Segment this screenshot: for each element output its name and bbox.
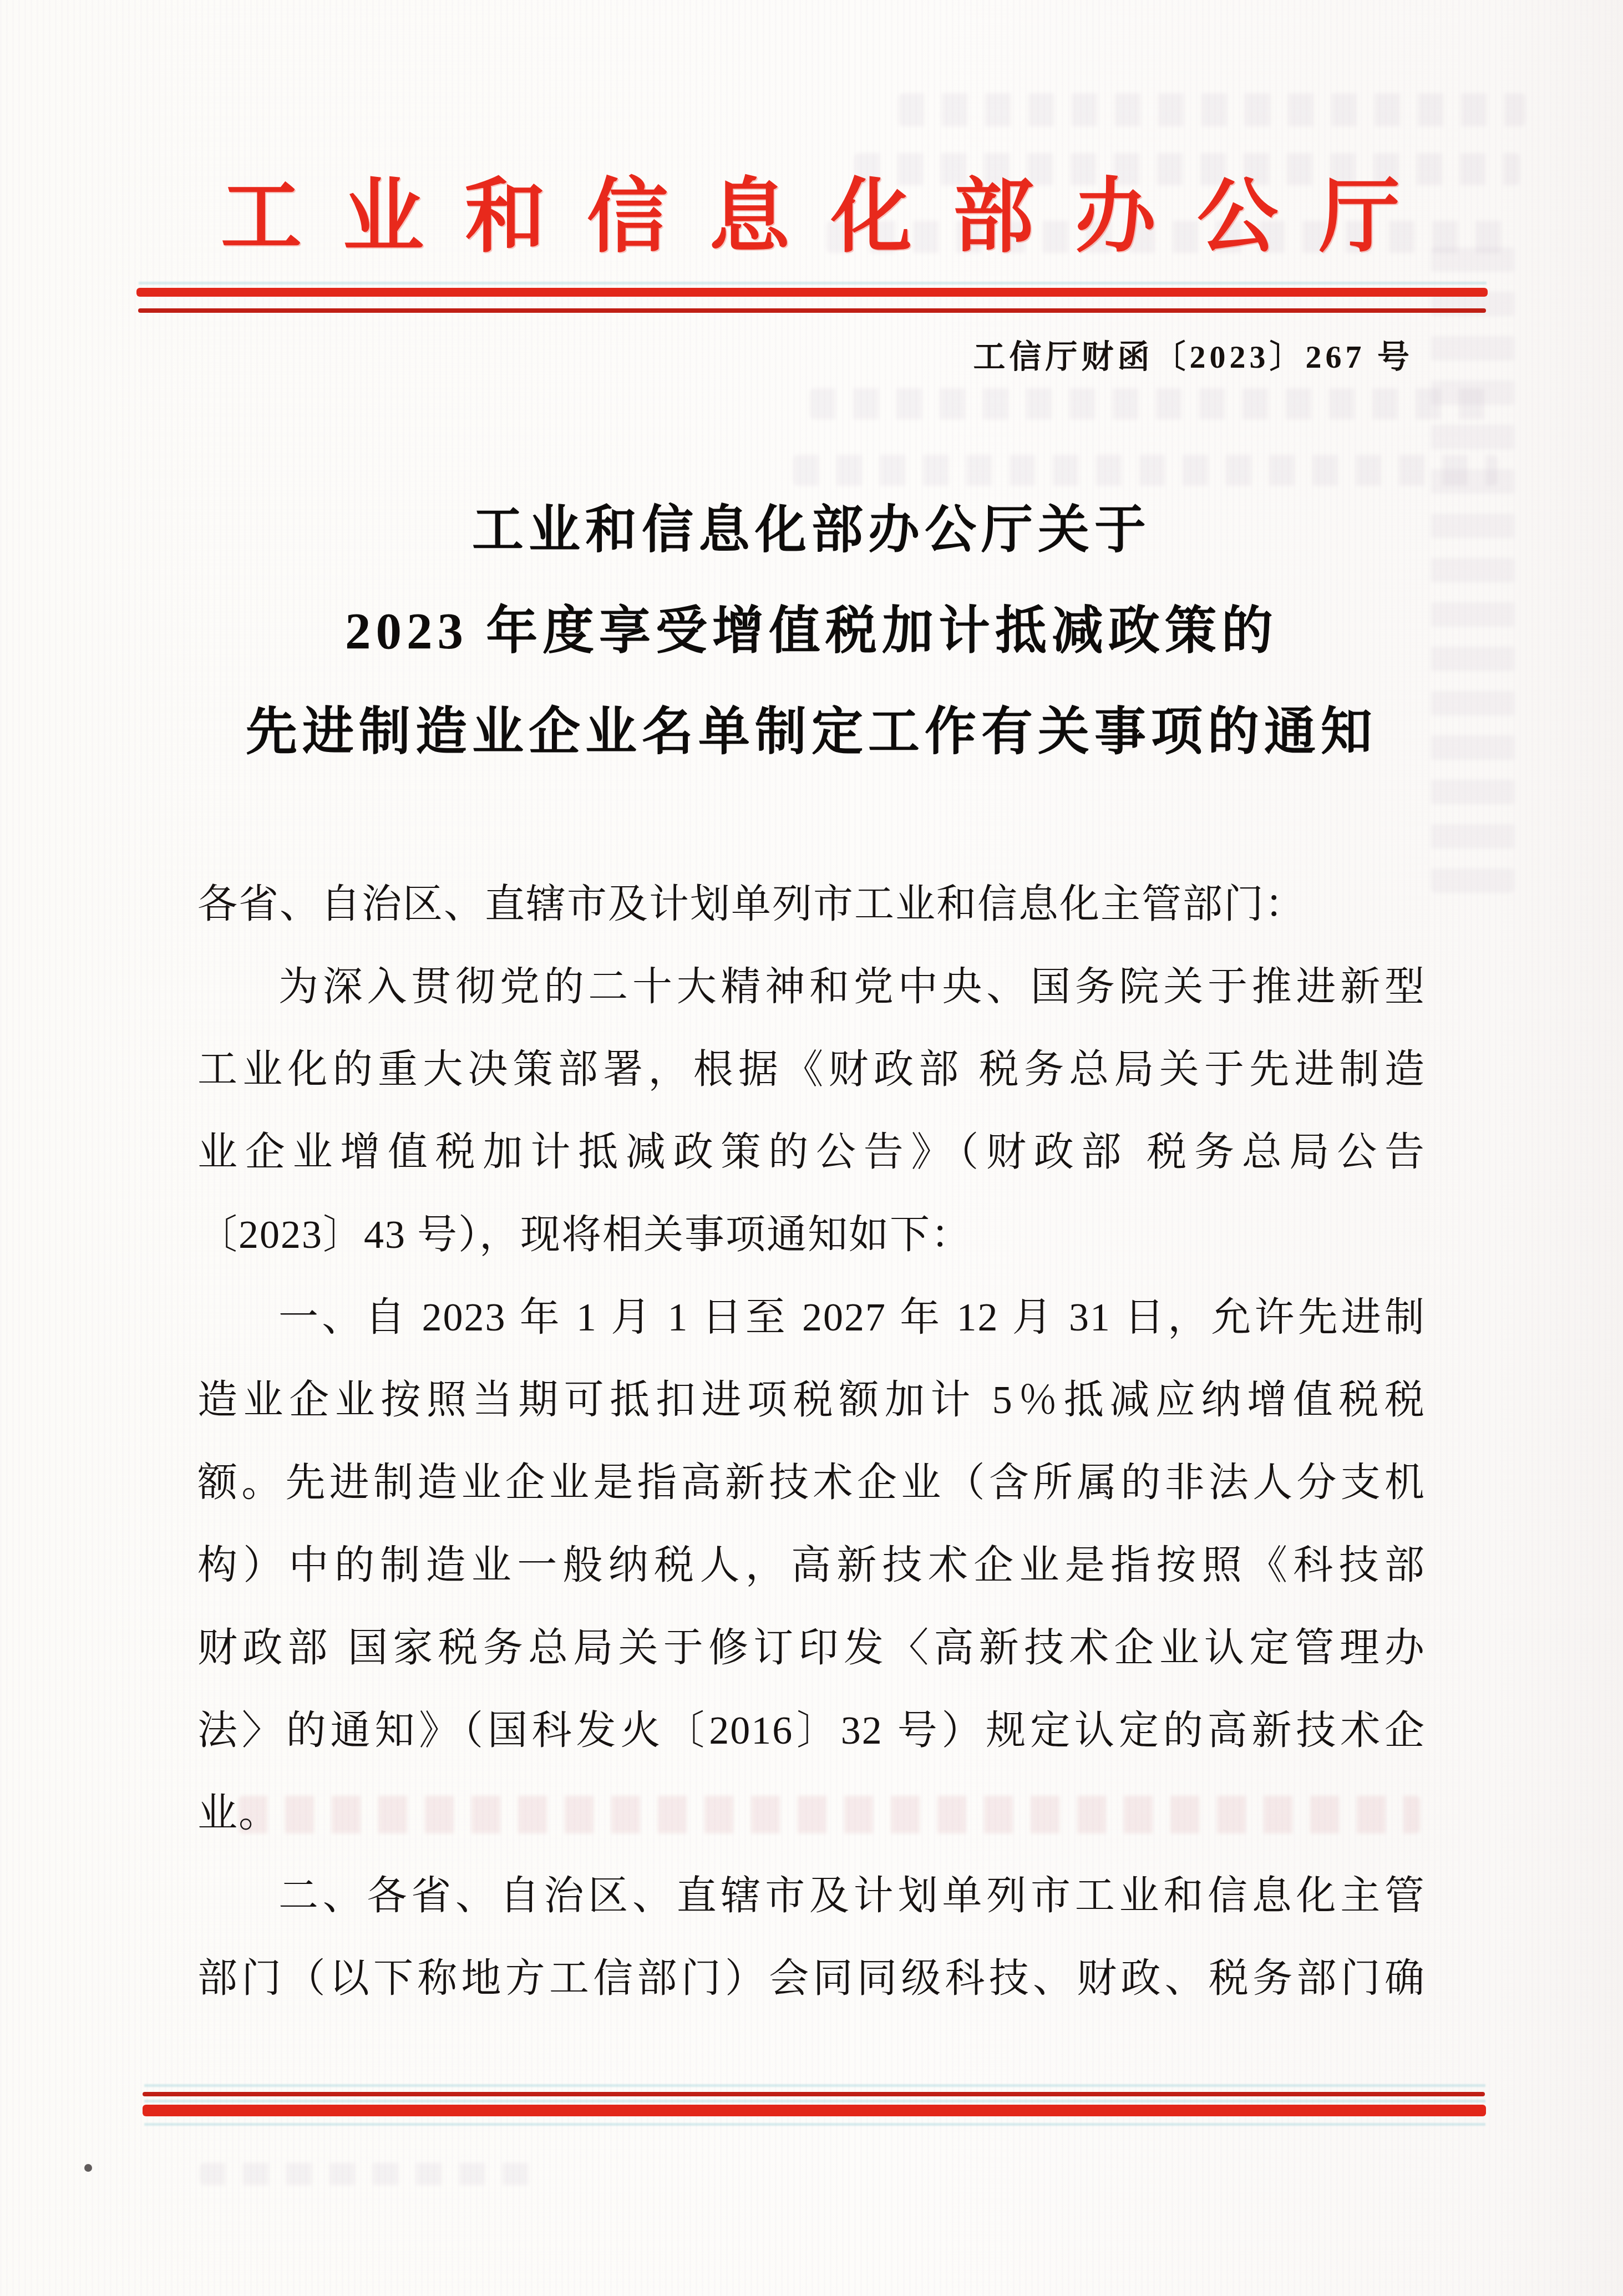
letterhead-char: 厅 <box>1319 176 1400 257</box>
body-line: 造业企业按照当期可抵扣进项税额加计 5％抵减应纳增值税税 <box>197 1359 1426 1441</box>
letterhead-agency-name: 工 业 和 信 息 化 部 办 公 厅 <box>221 176 1400 257</box>
footer-rule-thin <box>143 2092 1485 2096</box>
letterhead-char: 业 <box>343 176 424 257</box>
body-line: 工业化的重大决策部署，根据《财政部 税务总局关于先进制造 <box>197 1028 1426 1111</box>
bleed-through-artifact <box>810 388 1498 419</box>
body-line: 额。先进制造业企业是指高新技术企业（含所属的非法人分支机 <box>197 1441 1426 1524</box>
body-line: 业。 <box>197 1772 1426 1855</box>
letterhead-char: 息 <box>709 176 790 257</box>
letterhead-char: 信 <box>587 176 668 257</box>
title-line-1: 工业和信息化部办公厅关于 <box>0 480 1623 581</box>
body-line: 为深入贯彻党的二十大精神和党中央、国务院关于推进新型 <box>197 946 1426 1028</box>
header-rule-thin <box>138 308 1486 313</box>
scanned-document-page: 工 业 和 信 息 化 部 办 公 厅 工信厅财函〔2023〕267 号 工业和… <box>0 0 1623 2296</box>
body-line: 法〉的通知》（国科发火〔2016〕32 号）规定认定的高新技术企 <box>197 1689 1426 1772</box>
header-rule-thick <box>136 288 1488 297</box>
body-line: 一、自 2023 年 1 月 1 日至 2027 年 12 月 31 日，允许先… <box>197 1276 1426 1359</box>
document-title: 工业和信息化部办公厅关于 2023 年度享受增值税加计抵减政策的 先进制造业企业… <box>0 480 1623 783</box>
letterhead-char: 和 <box>465 176 546 257</box>
body-line: 二、各省、自治区、直辖市及计划单列市工业和信息化主管 <box>197 1855 1426 1937</box>
body-line: 〔2023〕43 号），现将相关事项通知如下： <box>197 1193 1426 1276</box>
bleed-through-artifact <box>200 2163 532 2185</box>
title-line-2: 2023 年度享受增值税加计抵减政策的 <box>0 581 1623 682</box>
footer-rule-thick <box>143 2105 1486 2116</box>
scan-streak <box>139 282 1487 285</box>
scan-streak <box>144 2123 1485 2126</box>
body-line: 构）中的制造业一般纳税人，高新技术企业是指按照《科技部 <box>197 1524 1426 1607</box>
letterhead-char: 部 <box>953 176 1034 257</box>
bleed-through-artifact <box>899 93 1525 126</box>
scan-speck <box>84 2164 92 2172</box>
letterhead-char: 公 <box>1197 176 1278 257</box>
document-number: 工信厅财函〔2023〕267 号 <box>973 331 1413 377</box>
salutation-line: 各省、自治区、直辖市及计划单列市工业和信息化主管部门： <box>197 863 1426 946</box>
body-line: 业企业增值税加计抵减政策的公告》（财政部 税务总局公告 <box>197 1111 1426 1193</box>
document-body: 各省、自治区、直辖市及计划单列市工业和信息化主管部门： 为深入贯彻党的二十大精神… <box>197 863 1426 2020</box>
title-line-3: 先进制造业企业名单制定工作有关事项的通知 <box>0 682 1623 783</box>
body-line: 财政部 国家税务总局关于修订印发〈高新技术企业认定管理办 <box>197 1607 1426 1689</box>
letterhead-char: 工 <box>221 176 302 257</box>
body-line: 部门（以下称地方工信部门）会同同级科技、财政、税务部门确 <box>197 1937 1426 2020</box>
scan-streak <box>144 2084 1485 2087</box>
letterhead-char: 化 <box>831 176 912 257</box>
scan-streak <box>144 2100 1485 2102</box>
letterhead-char: 办 <box>1075 176 1156 257</box>
